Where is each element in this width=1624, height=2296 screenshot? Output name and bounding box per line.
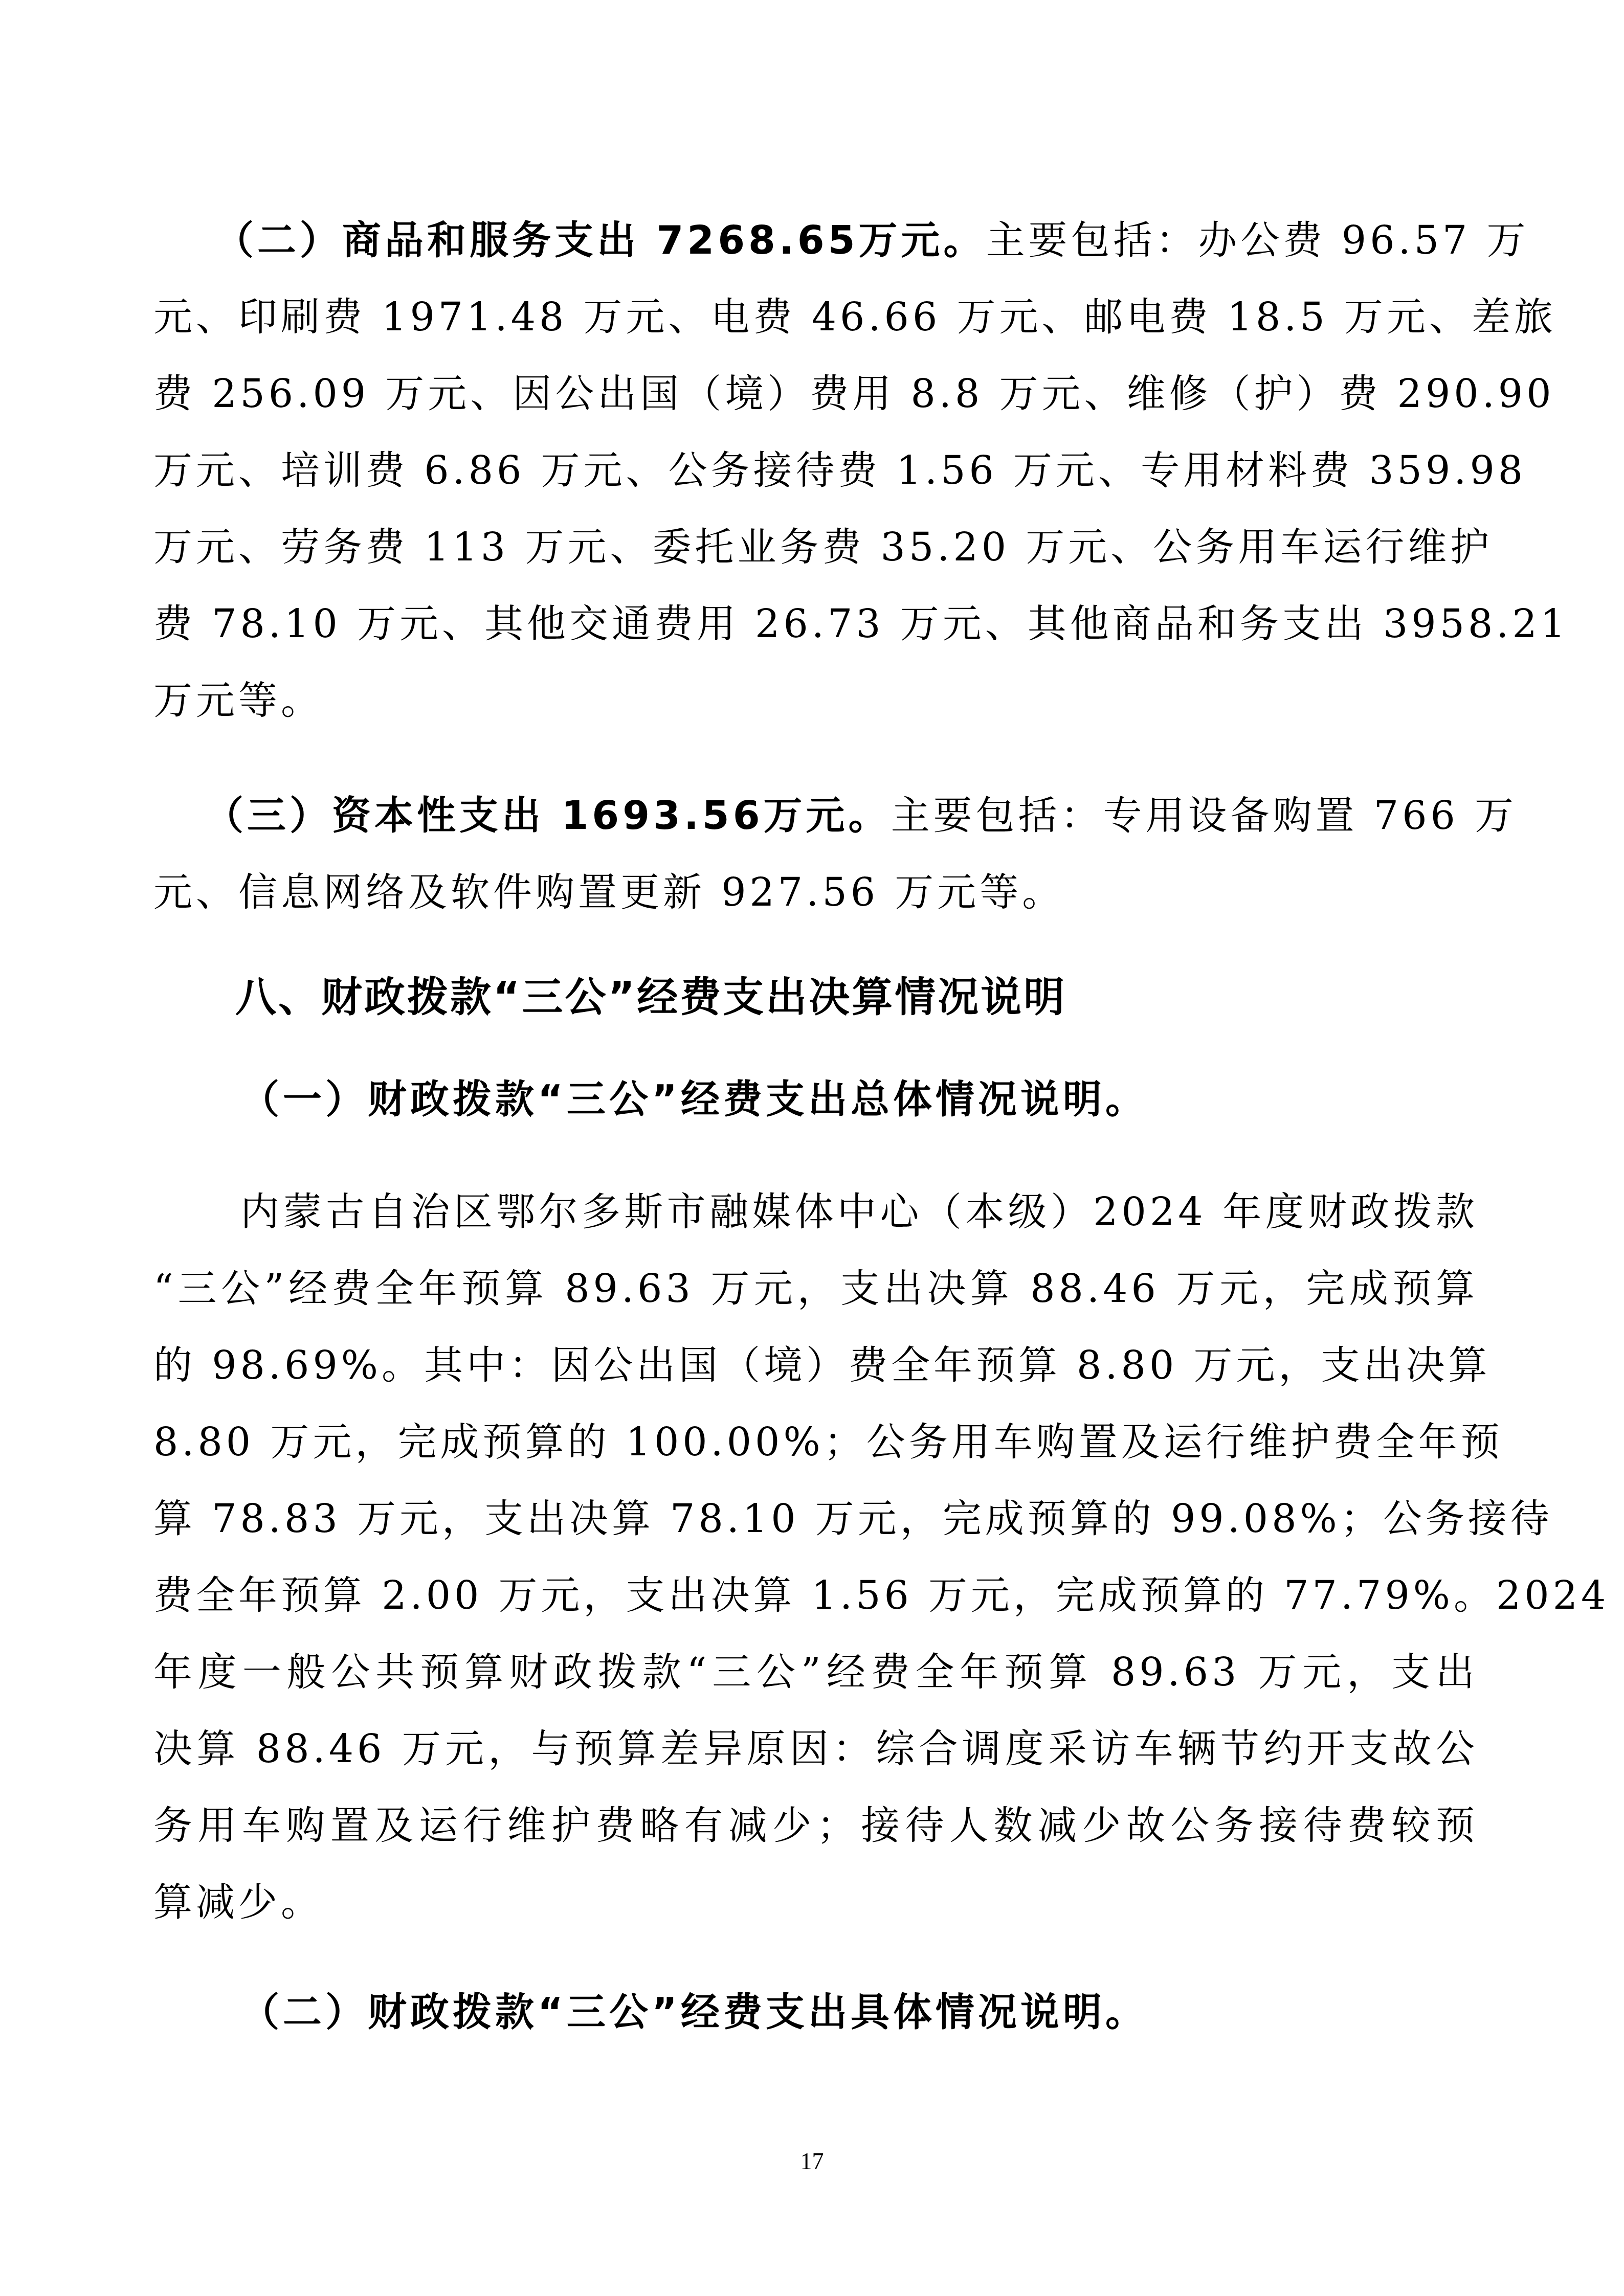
overall-line-6: 费全年预算 2.00 万元，支出决算 1.56 万元，完成预算的 77.79%。… [153,1570,1478,1621]
subheading-specific: （二）财政拨款“三公”经费支出具体情况说明。 [240,1987,1565,2038]
goods-services-line-4: 万元、培训费 6.86 万元、公务接待费 1.56 万元、专用材料费 359.9… [153,445,1478,496]
overall-line-9: 务用车购置及运行维护费略有减少；接待人数减少故公务接待费较预 [153,1800,1478,1851]
goods-services-line-7: 万元等。 [153,675,1478,726]
overall-line-3: 的 98.69%。其中：因公出国（境）费全年预算 8.80 万元，支出决算 [153,1340,1478,1391]
document-page: （二）商品和服务支出 7268.65万元。主要包括：办公费 96.57 万 元、… [0,0,1624,2296]
goods-services-text: 主要包括：办公费 96.57 万 [986,217,1529,263]
goods-services-line-6: 费 78.10 万元、其他交通费用 26.73 万元、其他商品和务支出 3958… [153,598,1478,649]
subheading-overall: （一）财政拨款“三公”经费支出总体情况说明。 [240,1074,1565,1125]
overall-line-5: 算 78.83 万元，支出决算 78.10 万元，完成预算的 99.08%；公务… [153,1493,1478,1544]
overall-line-1: 内蒙古自治区鄂尔多斯市融媒体中心（本级）2024 年度财政拨款 [240,1186,1478,1237]
overall-line-4: 8.80 万元，完成预算的 100.00%；公务用车购置及运行维护费全年预 [153,1416,1478,1468]
capital-line-2: 元、信息网络及软件购置更新 927.56 万元等。 [153,867,1478,918]
section-heading-8: 八、财政拨款“三公”经费支出决算情况说明 [235,972,1560,1023]
overall-line-10: 算减少。 [153,1877,1478,1928]
goods-services-line-5: 万元、劳务费 113 万元、委托业务费 35.20 万元、公务用车运行维护 [153,522,1478,573]
capital-text: 主要包括：专用设备购置 766 万 [891,793,1517,838]
goods-services-line-1: （二）商品和服务支出 7268.65万元。主要包括：办公费 96.57 万 [215,215,1478,266]
overall-line-7: 年度一般公共预算财政拨款“三公”经费全年预算 89.63 万元，支出 [153,1647,1478,1698]
goods-services-line-2: 元、印刷费 1971.48 万元、电费 46.66 万元、邮电费 18.5 万元… [153,291,1478,343]
goods-services-line-3: 费 256.09 万元、因公出国（境）费用 8.8 万元、维修（护）费 290.… [153,368,1478,419]
goods-services-lead: （二）商品和服务支出 7268.65万元。 [215,217,986,263]
capital-line-1: （三）资本性支出 1693.56万元。主要包括：专用设备购置 766 万 [205,790,1478,841]
page-number: 17 [0,2148,1624,2175]
overall-line-8: 决算 88.46 万元，与预算差异原因：综合调度采访车辆节约开支故公 [153,1723,1478,1774]
overall-line-2: “三公”经费全年预算 89.63 万元，支出决算 88.46 万元，完成预算 [153,1263,1478,1314]
capital-lead: （三）资本性支出 1693.56万元。 [205,793,891,838]
